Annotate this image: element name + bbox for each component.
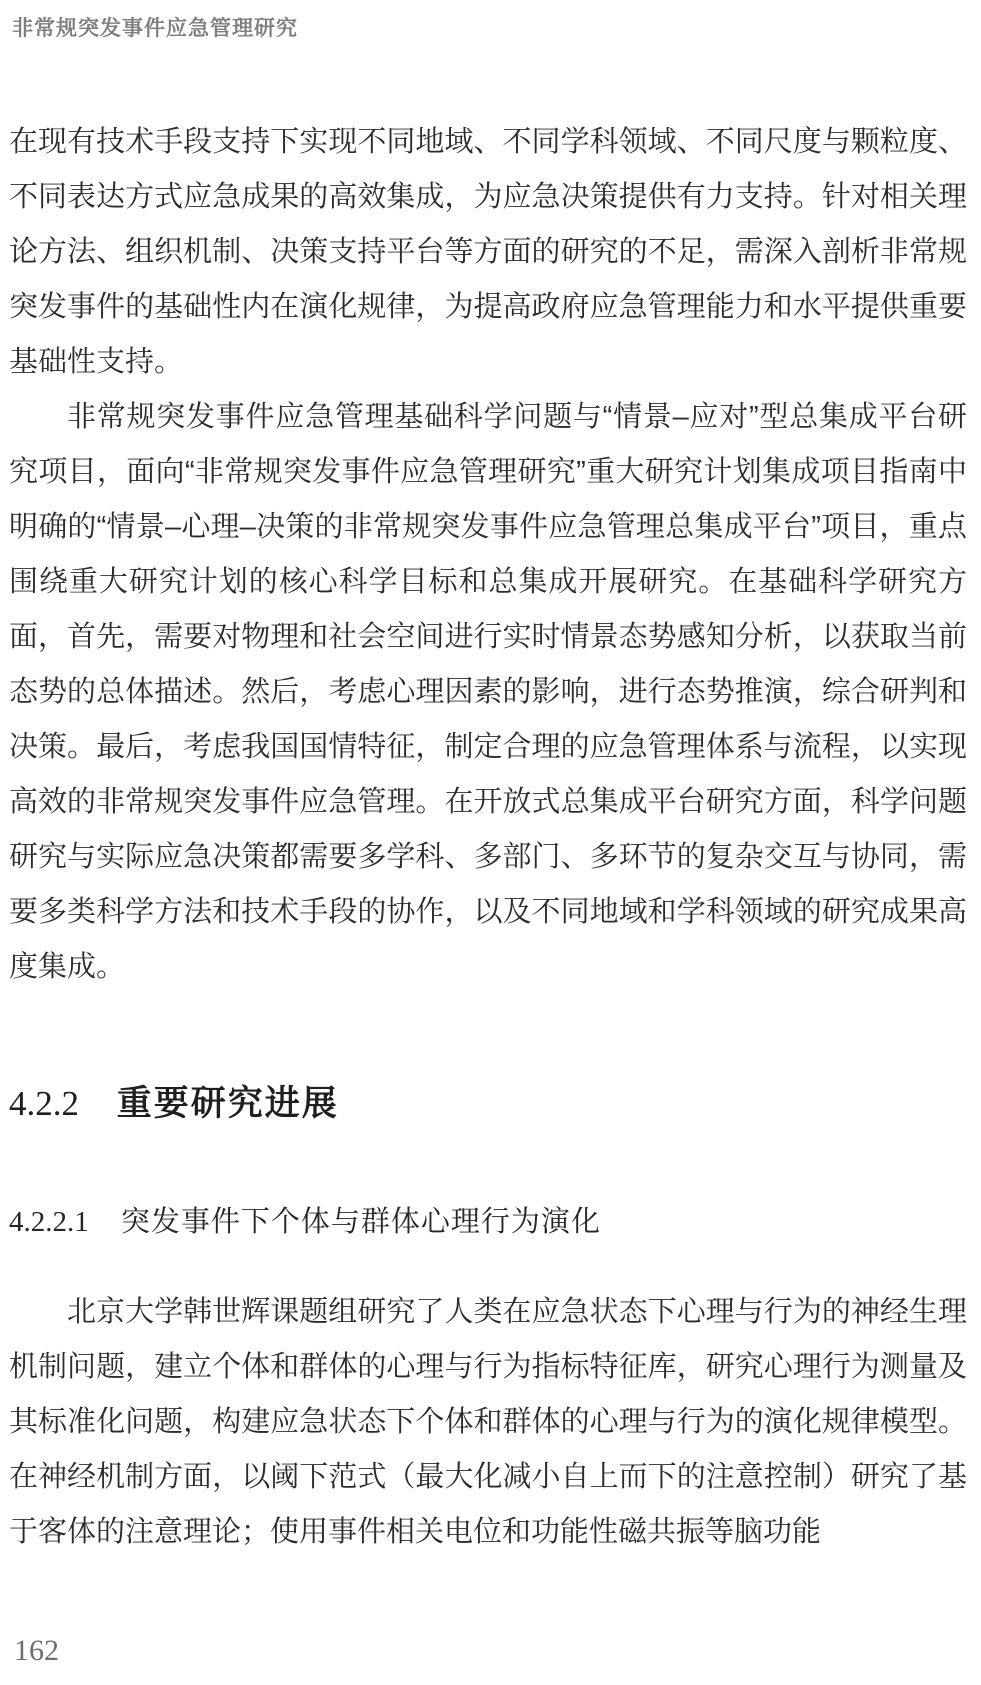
section-heading: 4.2.2 重要研究进展 (9, 1082, 967, 1126)
body-paragraph: 在现有技术手段支持下实现不同地域、不同学科领域、不同尺度与颗粒度、不同表达方式应… (9, 115, 967, 390)
section-title: 重要研究进展 (117, 1084, 339, 1123)
body-paragraph: 北京大学韩世辉课题组研究了人类在应急状态下心理与行为的神经生理机制问题，建立个体… (9, 1285, 967, 1560)
subsection-heading: 4.2.2.1 突发事件下个体与群体心理行为演化 (9, 1200, 967, 1244)
subsection-title: 突发事件下个体与群体心理行为演化 (121, 1206, 601, 1238)
document-page: 非常规突发事件应急管理研究 在现有技术手段支持下实现不同地域、不同学科领域、不同… (0, 0, 981, 1685)
section-number: 4.2.2 (9, 1084, 79, 1123)
body-paragraph: 非常规突发事件应急管理基础科学问题与“情景–应对”型总集成平台研究项目，面向“非… (9, 390, 967, 995)
page-content: 在现有技术手段支持下实现不同地域、不同学科领域、不同尺度与颗粒度、不同表达方式应… (9, 115, 967, 1560)
page-number: 162 (14, 1634, 59, 1668)
running-header: 非常规突发事件应急管理研究 (12, 12, 298, 42)
subsection-number: 4.2.2.1 (9, 1206, 89, 1238)
